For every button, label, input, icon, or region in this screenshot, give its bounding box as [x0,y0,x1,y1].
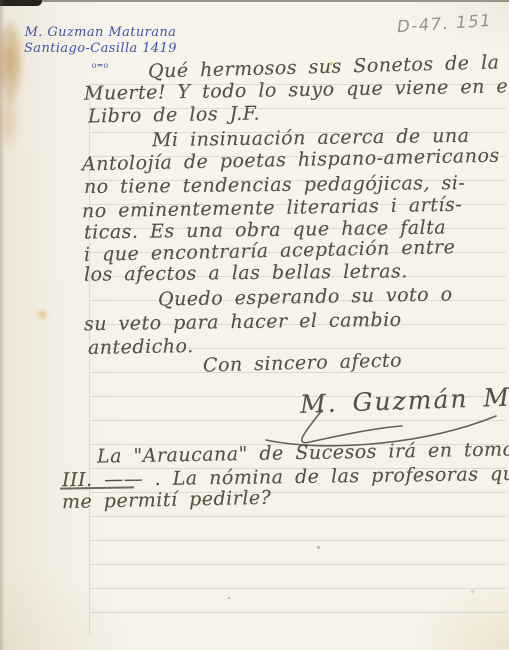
letter-page: M. Guzman Maturana Santiago-Casilla 1419… [0,0,509,650]
scan-edge-corner [0,0,42,6]
paper-speck [471,590,474,593]
paper-stain [36,308,49,321]
letter-body-line: Libro de los J.F. [88,104,260,126]
archival-number: D-47. 151 [396,11,492,37]
paper-speck [228,597,230,599]
letter-body-line: Quedo esperando su voto o [158,285,453,309]
paper-speck [317,546,320,549]
letter-body-line: antedicho. [88,337,194,358]
letter-body-line: los afectos a las bellas letras. [84,262,408,284]
letter-body-line: no tiene tendencias pedagójicas, si- [84,174,465,197]
letter-body-line: su veto para hacer el cambio [84,311,402,334]
closing-line: Con sincero afecto [203,351,403,375]
scan-edge-top [0,0,509,2]
letterhead-address: Santiago-Casilla 1419 [24,41,177,57]
letterhead-name: M. Guzman Maturana [24,25,177,41]
postscript-line: me permití pedirle? [62,489,272,512]
